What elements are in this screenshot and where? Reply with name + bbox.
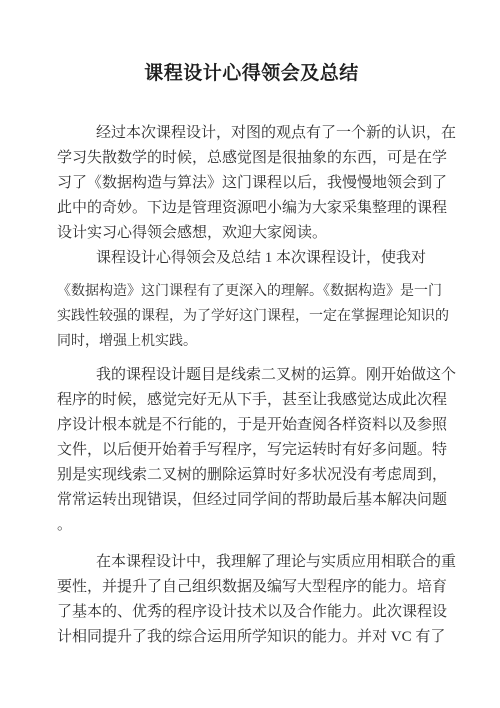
text-line: 在本课程设计中，我理解了理论与实质应用相联合的重 bbox=[57, 550, 446, 575]
text-line: 。 bbox=[57, 513, 446, 538]
text-line: 《数据构造》这门课程有了更深入的理解。《数据构造》是一门 bbox=[57, 279, 446, 304]
text-line: 计相同提升了我的综合运用所学知识的能力。并对 VC 有了 bbox=[57, 625, 446, 650]
paragraph: 《数据构造》这门课程有了更深入的理解。《数据构造》是一门实践性较强的课程，为了学… bbox=[57, 279, 446, 354]
text-line: 别是实现线索二叉树的删除运算时好多状况没有考虑周到， bbox=[57, 463, 446, 488]
text-line: 程序的时候，感觉完好无从下手，甚至让我感觉达成此次程 bbox=[57, 388, 446, 413]
text-line: 实践性较强的课程，为了学好这门课程，一定在掌握理论知识的 bbox=[57, 304, 446, 329]
paragraph: 经过本次课程设计，对图的观点有了一个新的认识，在学习失散数学的时候，总感觉图是很… bbox=[57, 121, 446, 246]
text-line: 学习失散数学的时候，总感觉图是很抽象的东西，可是在学 bbox=[57, 146, 446, 171]
text-line: 设计实习心得领会感想，欢迎大家阅读。 bbox=[57, 221, 446, 246]
text-line: 同时，增强上机实践。 bbox=[57, 329, 446, 354]
text-line: 习了《数据构造与算法》这门课程以后，我慢慢地领会到了 bbox=[57, 171, 446, 196]
page-title: 课程设计心得领会及总结 bbox=[57, 62, 446, 86]
document-body: 经过本次课程设计，对图的观点有了一个新的认识，在学习失散数学的时候，总感觉图是很… bbox=[57, 121, 446, 650]
paragraph: 。 bbox=[57, 513, 446, 538]
text-line: 我的课程设计题目是线索二叉树的运算。刚开始做这个 bbox=[57, 363, 446, 388]
paragraph: 我的课程设计题目是线索二叉树的运算。刚开始做这个程序的时候，感觉完好无从下手，甚… bbox=[57, 363, 446, 513]
document-page: 课程设计心得领会及总结 经过本次课程设计，对图的观点有了一个新的认识，在学习失散… bbox=[0, 0, 500, 708]
text-line: 要性，并提升了自己组织数据及编写大型程序的能力。培育 bbox=[57, 575, 446, 600]
text-line: 此中的奇妙。下边是管理资源吧小编为大家采集整理的课程 bbox=[57, 196, 446, 221]
paragraph: 在本课程设计中，我理解了理论与实质应用相联合的重要性，并提升了自己组织数据及编写… bbox=[57, 550, 446, 650]
text-line: 文件，以后便开始着手写程序，写完运转时有好多问题。特 bbox=[57, 438, 446, 463]
text-line: 序设计根本就是不行能的，于是开始查阅各样资料以及参照 bbox=[57, 413, 446, 438]
text-line: 常常运转出现错误，但经过同学间的帮助最后基本解决问题 bbox=[57, 488, 446, 513]
text-line: 经过本次课程设计，对图的观点有了一个新的认识，在 bbox=[57, 121, 446, 146]
text-line: 了基本的、优秀的程序设计技术以及合作能力。此次课程设 bbox=[57, 600, 446, 625]
paragraph: 课程设计心得领会及总结 1 本次课程设计，使我对 bbox=[57, 246, 446, 271]
text-line: 课程设计心得领会及总结 1 本次课程设计，使我对 bbox=[57, 246, 446, 271]
